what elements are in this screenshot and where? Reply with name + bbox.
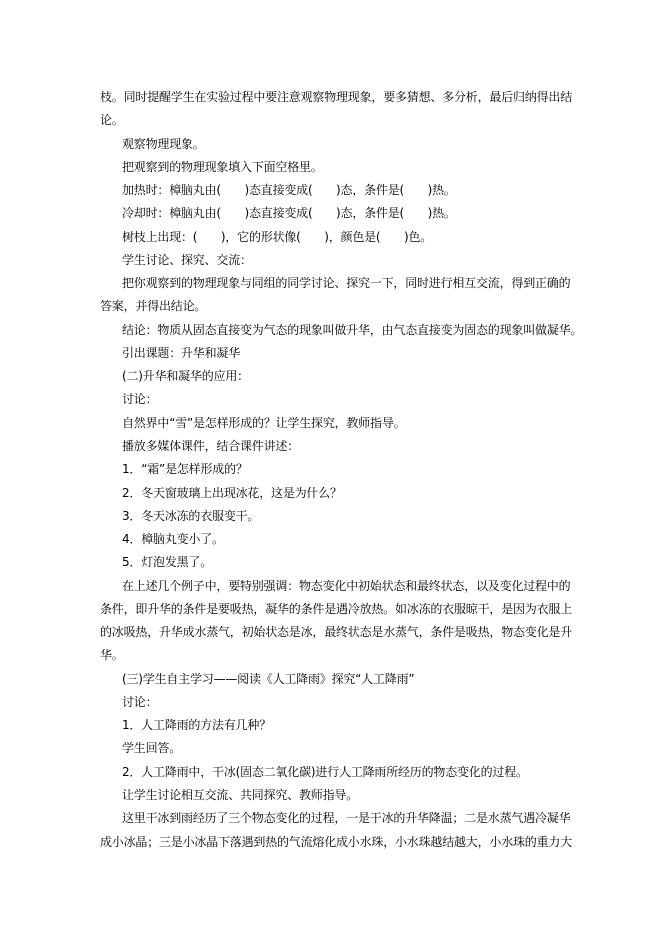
section-heading: (三)学生自主学习——阅读《人工降雨》探究“人工降雨” bbox=[100, 668, 564, 691]
text-line: 枝。同时提醒学生在实验过程中要注意观察物理现象，要多猜想、多分析，最后归纳得出结 bbox=[100, 86, 564, 109]
fill-in-blank-cooling: 冷却时：樟脑丸由( )态直接变成( )态，条件是( )热。 bbox=[100, 202, 564, 225]
section-heading: (二)升华和凝华的应用： bbox=[100, 365, 564, 388]
fill-in-blank-branch: 树枝上出现：( )，它的形状像( )，颜色是( )色。 bbox=[100, 226, 564, 249]
text-line: 答案，并得出结论。 bbox=[100, 295, 564, 318]
text-line: 成小冰晶；三是小冰晶下落遇到热的气流熔化成小水珠，小水珠越结越大，小水珠的重力大 bbox=[100, 831, 564, 854]
list-item: 1．人工降雨的方法有几种？ bbox=[100, 714, 564, 737]
text-line: 这里干冰到雨经历了三个物态变化的过程，一是干冰的升华降温；二是水蒸气遇冷凝华 bbox=[100, 807, 564, 830]
list-item: 1．“霜”是怎样形成的？ bbox=[100, 458, 564, 481]
list-item: 4．樟脑丸变小了。 bbox=[100, 528, 564, 551]
text-line: 自然界中“雪”是怎样形成的？让学生探究，教师指导。 bbox=[100, 412, 564, 435]
text-line: 讨论： bbox=[100, 691, 564, 714]
list-item: 3．冬天冰冻的衣服变干。 bbox=[100, 505, 564, 528]
fill-in-blank-heating: 加热时：樟脑丸由( )态直接变成( )态，条件是( )热。 bbox=[100, 179, 564, 202]
text-line: 把观察到的物理现象填入下面空格里。 bbox=[100, 156, 564, 179]
text-line: 讨论： bbox=[100, 388, 564, 411]
text-line: 观察物理现象。 bbox=[100, 133, 564, 156]
text-line: 条件，即升华的条件是要吸热，凝华的条件是遇冷放热。如冰冻的衣服晾干，是因为衣服上 bbox=[100, 598, 564, 621]
document-page: 枝。同时提醒学生在实验过程中要注意观察物理现象，要多猜想、多分析，最后归纳得出结… bbox=[100, 86, 564, 854]
text-line: 的冰吸热，升华成水蒸气，初始状态是冰，最终状态是水蒸气，条件是吸热，物态变化是升 bbox=[100, 621, 564, 644]
list-item: 5．灯泡发黑了。 bbox=[100, 551, 564, 574]
text-line: 让学生讨论相互交流、共同探究、教师指导。 bbox=[100, 784, 564, 807]
text-line: 华。 bbox=[100, 644, 564, 667]
text-line: 播放多媒体课件，结合课件讲述： bbox=[100, 435, 564, 458]
text-line: 论。 bbox=[100, 109, 564, 132]
text-line: 把你观察到的物理现象与同组的同学讨论、探究一下，同时进行相互交流，得到正确的 bbox=[100, 272, 564, 295]
list-item: 2．冬天窗玻璃上出现冰花，这是为什么？ bbox=[100, 482, 564, 505]
text-line: 学生回答。 bbox=[100, 737, 564, 760]
list-item: 2．人工降雨中，干冰(固态二氧化碳)进行人工降雨所经历的物态变化的过程。 bbox=[100, 761, 564, 784]
text-line: 学生讨论、探究、交流： bbox=[100, 249, 564, 272]
conclusion-line: 结论：物质从固态直接变为气态的现象叫做升华，由气态直接变为固态的现象叫做凝华。 bbox=[100, 319, 564, 342]
text-line: 引出课题：升华和凝华 bbox=[100, 342, 564, 365]
text-line: 在上述几个例子中，要特别强调：物态变化中初始状态和最终状态，以及变化过程中的 bbox=[100, 575, 564, 598]
